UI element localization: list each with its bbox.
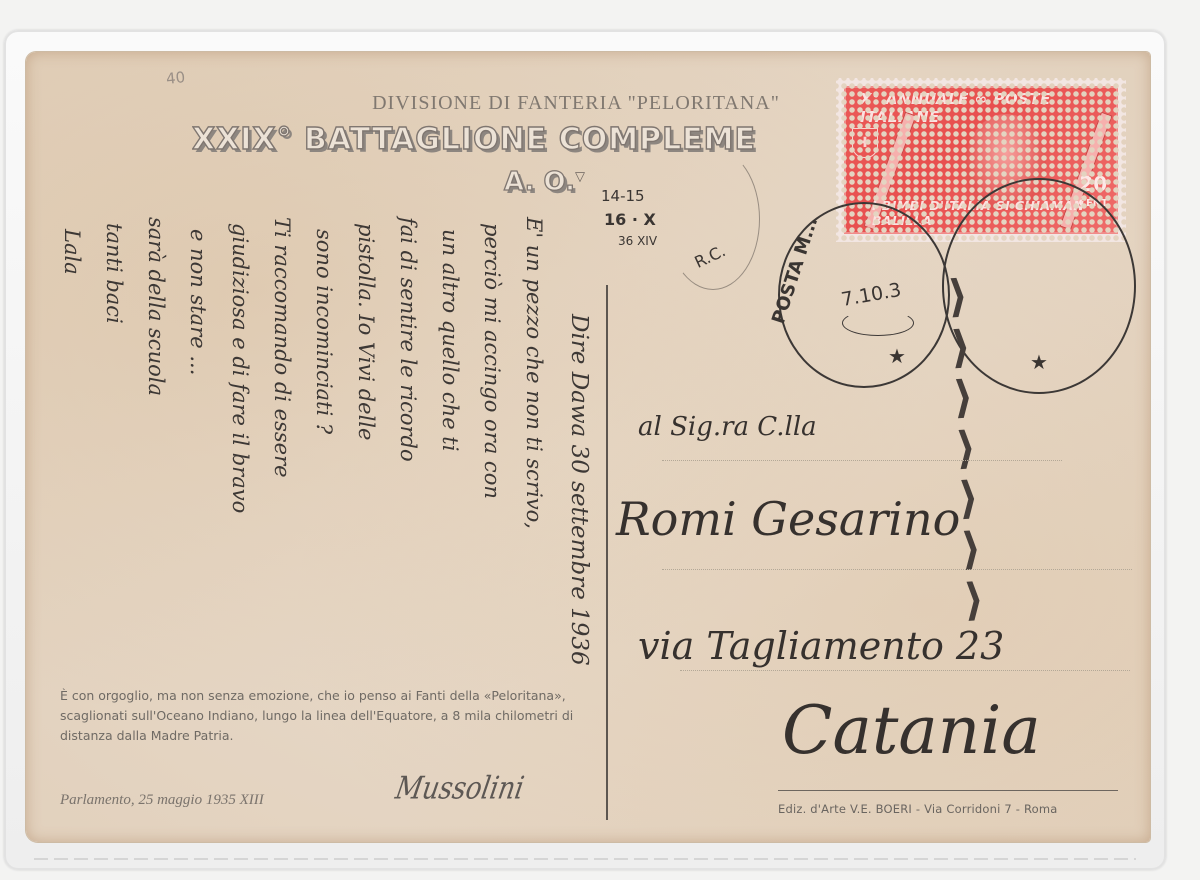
address-salutation: al Sig.ra C.lla (638, 412, 817, 442)
header-ao-text: A. O. (504, 167, 575, 197)
address-city: Catania (782, 692, 1041, 769)
message-column: perciò mi accingo ora con (480, 223, 504, 499)
header-ao: A. O.▽ (504, 167, 585, 197)
message-column: pistolla. Io Vivi delle (354, 223, 378, 440)
address-divider (606, 285, 608, 820)
star-icon: ★ (1030, 350, 1048, 375)
address-line-2 (662, 569, 1132, 570)
postmark-inner-arc (842, 310, 914, 336)
place-date: Dire Dawa 30 settembre 1936 (566, 314, 592, 666)
savoy-crest-icon: ✚ (852, 128, 878, 158)
pencil-price-mark: 40 (165, 68, 186, 88)
address-street: via Tagliamento 23 (638, 624, 1004, 668)
machine-cancel-date: 16 · X (604, 210, 656, 229)
triangle-mark-icon: ▽ (575, 169, 585, 184)
publisher-imprint: Ediz. d'Arte V.E. BOERI - Via Corridoni … (778, 802, 1058, 816)
message-column: giudiziosa e di fare il bravo (228, 223, 252, 513)
address-name: Romi Gesarino (616, 492, 960, 546)
address-line-1 (662, 460, 1062, 461)
publisher-rule (778, 790, 1118, 791)
machine-cancel-ring (666, 148, 760, 290)
message-column: tanti baci (102, 223, 126, 324)
printed-signature: Mussolini (393, 771, 527, 807)
printed-quote: È con orgoglio, ma non senza emozione, c… (60, 686, 580, 746)
message-column: sono incominciati ? (312, 229, 336, 434)
message-column: Ti raccomando di essere (270, 217, 294, 478)
message-column: un altro quello che ti (438, 229, 462, 451)
machine-cancel-year: 36 XIV (618, 234, 657, 248)
message-column: E' un pezzo che non ti scrivo, (522, 217, 546, 529)
address-line-3 (680, 670, 1130, 671)
sleeve-seam (34, 858, 1136, 860)
message-column: Lala (60, 229, 84, 275)
header-division: DIVISIONE DI FANTERIA "PELORITANA" (306, 92, 846, 115)
message-column: sarà della scuola (144, 217, 168, 396)
message-column: fai di sentire le ricordo (396, 217, 420, 462)
header-battalion: XXIX° BATTAGLIONE COMPLEME (192, 122, 832, 157)
quote-source: Parlamento, 25 maggio 1935 XIII (60, 792, 264, 809)
message-column: e non stare ... (186, 229, 210, 375)
star-icon: ★ (888, 344, 906, 369)
postcard: 40 DIVISIONE DI FANTERIA "PELORITANA" XX… (26, 52, 1150, 842)
machine-cancel-time: 14-15 (601, 187, 645, 205)
